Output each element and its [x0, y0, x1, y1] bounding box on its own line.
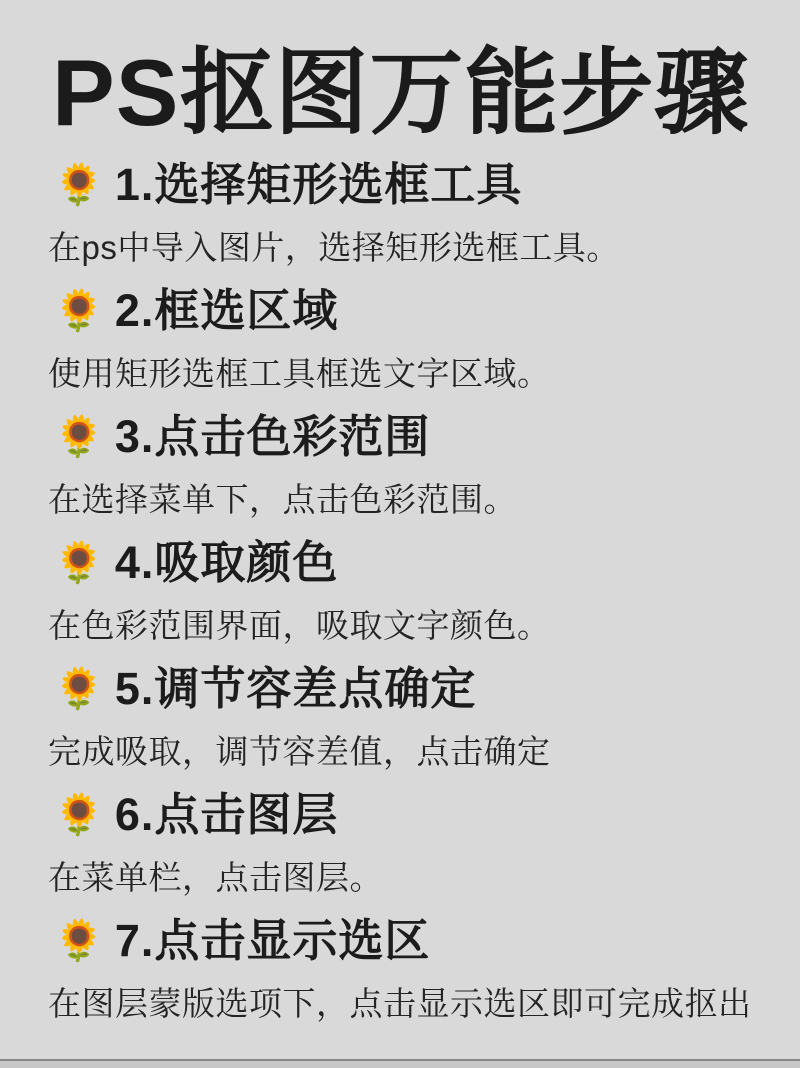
step-5-heading: 🌻 5.调节容差点确定	[54, 664, 760, 714]
footer-divider	[0, 1059, 800, 1068]
sunflower-icon: 🌻	[54, 916, 105, 966]
sunflower-icon: 🌻	[54, 664, 105, 714]
step-7-heading: 🌻 7.点击显示选区	[54, 916, 760, 966]
step-3: 🌻 3.点击色彩范围 在选择菜单下，点击色彩范围。	[48, 412, 760, 518]
step-1-description: 在ps中导入图片，选择矩形选框工具。	[48, 230, 760, 266]
step-3-heading: 🌻 3.点击色彩范围	[54, 412, 760, 462]
step-1-heading: 🌻 1.选择矩形选框工具	[54, 160, 760, 210]
step-2-heading-text: 2.框选区域	[115, 286, 339, 336]
step-1-heading-text: 1.选择矩形选框工具	[115, 160, 523, 210]
step-7-description: 在图层蒙版选项下，点击显示选区即可完成抠出	[48, 986, 760, 1022]
step-4-heading-text: 4.吸取颜色	[115, 538, 339, 588]
step-4: 🌻 4.吸取颜色 在色彩范围界面，吸取文字颜色。	[48, 538, 760, 644]
step-4-heading: 🌻 4.吸取颜色	[54, 538, 760, 588]
sunflower-icon: 🌻	[54, 412, 105, 462]
step-7-heading-text: 7.点击显示选区	[115, 916, 431, 966]
step-5-heading-text: 5.调节容差点确定	[115, 664, 477, 714]
step-5: 🌻 5.调节容差点确定 完成吸取，调节容差值，点击确定	[48, 664, 760, 770]
step-7: 🌻 7.点击显示选区 在图层蒙版选项下，点击显示选区即可完成抠出	[48, 916, 760, 1022]
step-6: 🌻 6.点击图层 在菜单栏，点击图层。	[48, 790, 760, 896]
sunflower-icon: 🌻	[54, 160, 105, 210]
tutorial-poster: PS抠图万能步骤 🌻 1.选择矩形选框工具 在ps中导入图片，选择矩形选框工具。…	[0, 0, 800, 1068]
step-4-description: 在色彩范围界面，吸取文字颜色。	[48, 608, 760, 644]
page-title: PS抠图万能步骤	[52, 46, 760, 140]
step-6-description: 在菜单栏，点击图层。	[48, 860, 760, 896]
step-1: 🌻 1.选择矩形选框工具 在ps中导入图片，选择矩形选框工具。	[48, 160, 760, 266]
sunflower-icon: 🌻	[54, 286, 105, 336]
step-5-description: 完成吸取，调节容差值，点击确定	[48, 734, 760, 770]
step-6-heading: 🌻 6.点击图层	[54, 790, 760, 840]
step-2: 🌻 2.框选区域 使用矩形选框工具框选文字区域。	[48, 286, 760, 392]
step-2-description: 使用矩形选框工具框选文字区域。	[48, 356, 760, 392]
step-3-heading-text: 3.点击色彩范围	[115, 412, 431, 462]
step-2-heading: 🌻 2.框选区域	[54, 286, 760, 336]
step-6-heading-text: 6.点击图层	[115, 790, 339, 840]
step-3-description: 在选择菜单下，点击色彩范围。	[48, 482, 760, 518]
sunflower-icon: 🌻	[54, 538, 105, 588]
sunflower-icon: 🌻	[54, 790, 105, 840]
